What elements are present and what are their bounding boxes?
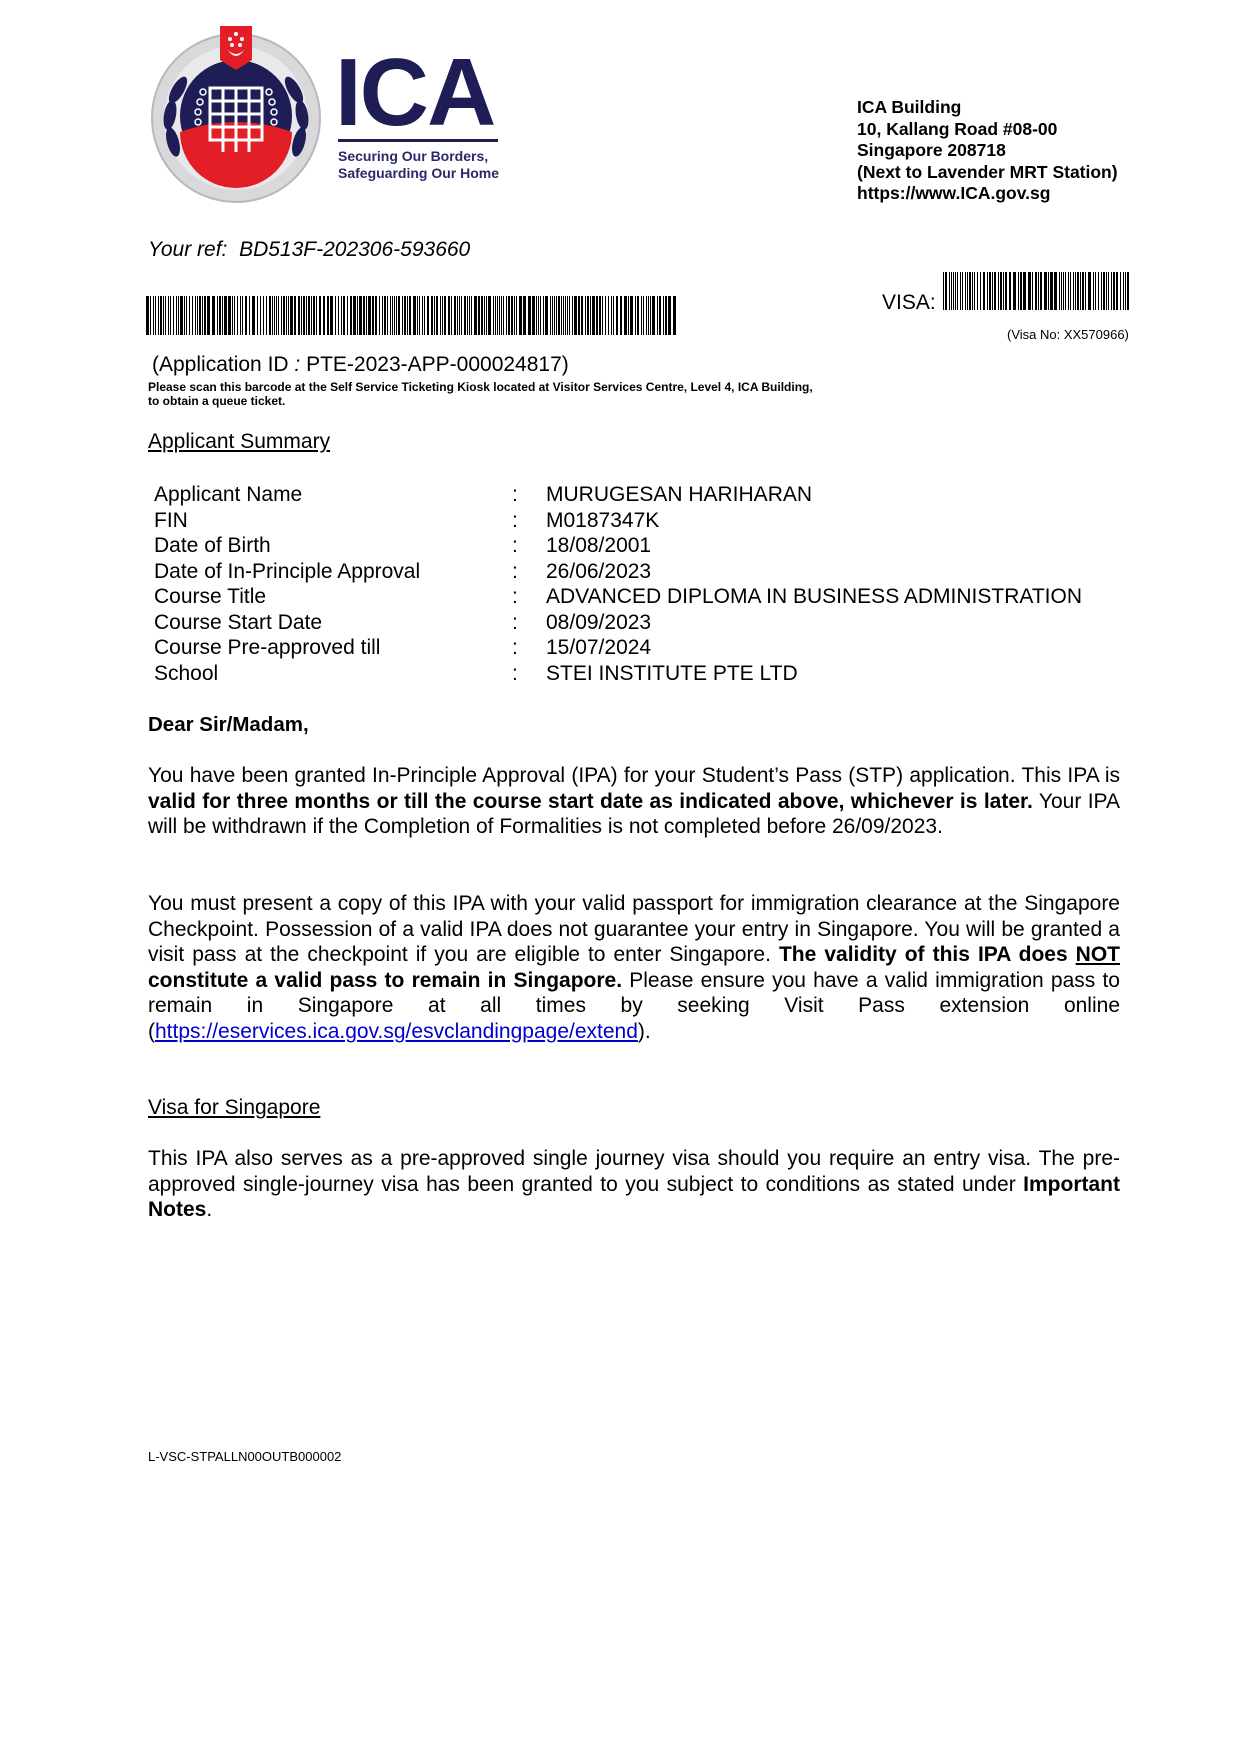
reference-label: Your ref: [148, 238, 227, 261]
summary-value: 18/08/2001 [546, 533, 651, 559]
summary-row: School:STEI INSTITUTE PTE LTD [154, 661, 1082, 687]
summary-value: STEI INSTITUTE PTE LTD [546, 661, 798, 687]
salutation: Dear Sir/Madam, [148, 713, 309, 737]
address-line: Singapore 208718 [857, 140, 1118, 162]
address-line: 10, Kallang Road #08-00 [857, 119, 1118, 141]
summary-row: Date of In-Principle Approval:26/06/2023 [154, 559, 1082, 585]
summary-colon: : [512, 610, 546, 636]
application-id: (Application ID : PTE-2023-APP-000024817… [152, 353, 569, 377]
applicant-summary-table: Applicant Name:MURUGESAN HARIHARANFIN:M0… [154, 482, 1082, 686]
summary-label: Applicant Name [154, 482, 512, 508]
logo-tagline: Securing Our Borders, Safeguarding Our H… [338, 148, 499, 182]
scan-note-line: Please scan this barcode at the Self Ser… [148, 380, 813, 394]
summary-colon: : [512, 635, 546, 661]
address-website: https://www.ICA.gov.sg [857, 183, 1118, 205]
separator: : [289, 353, 307, 376]
ica-address: ICA Building 10, Kallang Road #08-00 Sin… [857, 97, 1118, 205]
text: ). [638, 1020, 651, 1043]
your-reference: Your ref: BD513F-202306-593660 [148, 238, 470, 262]
summary-colon: : [512, 508, 546, 534]
summary-value: MURUGESAN HARIHARAN [546, 482, 812, 508]
summary-row: FIN:M0187347K [154, 508, 1082, 534]
summary-row: Date of Birth:18/08/2001 [154, 533, 1082, 559]
summary-label: Course Title [154, 584, 512, 610]
bold-text: constitute a valid pass to remain in Sin… [148, 969, 622, 992]
paren: ) [562, 353, 569, 376]
summary-row: Course Start Date:08/09/2023 [154, 610, 1082, 636]
summary-colon: : [512, 533, 546, 559]
summary-value: ADVANCED DIPLOMA IN BUSINESS ADMINISTRAT… [546, 584, 1082, 610]
text: This IPA also serves as a pre-approved s… [148, 1147, 1120, 1196]
paragraph-ipa-granted: You have been granted In-Principle Appro… [148, 763, 1120, 840]
visit-pass-extension-link[interactable]: https://eservices.ica.gov.sg/esvclanding… [155, 1020, 638, 1043]
scan-instructions: Please scan this barcode at the Self Ser… [148, 380, 813, 408]
summary-row: Course Pre-approved till:15/07/2024 [154, 635, 1082, 661]
bold-text: valid for three months or till the cours… [148, 790, 1033, 813]
summary-value: 15/07/2024 [546, 635, 651, 661]
paren: ( [152, 353, 159, 376]
summary-value: 26/06/2023 [546, 559, 651, 585]
summary-row: Course Title:ADVANCED DIPLOMA IN BUSINES… [154, 584, 1082, 610]
text: . [206, 1198, 212, 1221]
applicant-summary-heading: Applicant Summary [148, 430, 330, 454]
application-id-value: PTE-2023-APP-000024817 [306, 353, 562, 376]
summary-value: M0187347K [546, 508, 659, 534]
application-barcode [146, 296, 678, 335]
visa-barcode [943, 272, 1133, 310]
scan-note-line: to obtain a queue ticket. [148, 394, 813, 408]
paragraph-visa: This IPA also serves as a pre-approved s… [148, 1146, 1120, 1223]
summary-label: Date of In-Principle Approval [154, 559, 512, 585]
address-line: (Next to Lavender MRT Station) [857, 162, 1118, 184]
ica-wordmark: ICA [335, 45, 494, 141]
visa-label: VISA: [882, 291, 936, 315]
summary-colon: : [512, 584, 546, 610]
address-line: ICA Building [857, 97, 1118, 119]
text: You have been granted In-Principle Appro… [148, 764, 1120, 787]
summary-row: Applicant Name:MURUGESAN HARIHARAN [154, 482, 1082, 508]
summary-label: Date of Birth [154, 533, 512, 559]
underlined-not: NOT [1076, 943, 1120, 966]
application-id-label: Application ID [159, 353, 289, 376]
summary-value: 08/09/2023 [546, 610, 651, 636]
crest-icon [148, 20, 333, 205]
tagline-line-2: Safeguarding Our Home [338, 165, 499, 182]
logo-divider [338, 139, 498, 142]
paragraph-immigration-clearance: You must present a copy of this IPA with… [148, 891, 1120, 1045]
document-code: L-VSC-STPALLN00OUTB000002 [148, 1449, 341, 1464]
summary-label: School [154, 661, 512, 687]
bold-text: The validity of this IPA does [779, 943, 1076, 966]
summary-colon: : [512, 559, 546, 585]
reference-value: BD513F-202306-593660 [239, 238, 470, 261]
summary-label: FIN [154, 508, 512, 534]
visa-number: (Visa No: XX570966) [1007, 327, 1129, 342]
summary-label: Course Pre-approved till [154, 635, 512, 661]
visa-section-heading: Visa for Singapore [148, 1096, 320, 1120]
summary-label: Course Start Date [154, 610, 512, 636]
summary-colon: : [512, 661, 546, 687]
summary-colon: : [512, 482, 546, 508]
tagline-line-1: Securing Our Borders, [338, 148, 499, 165]
